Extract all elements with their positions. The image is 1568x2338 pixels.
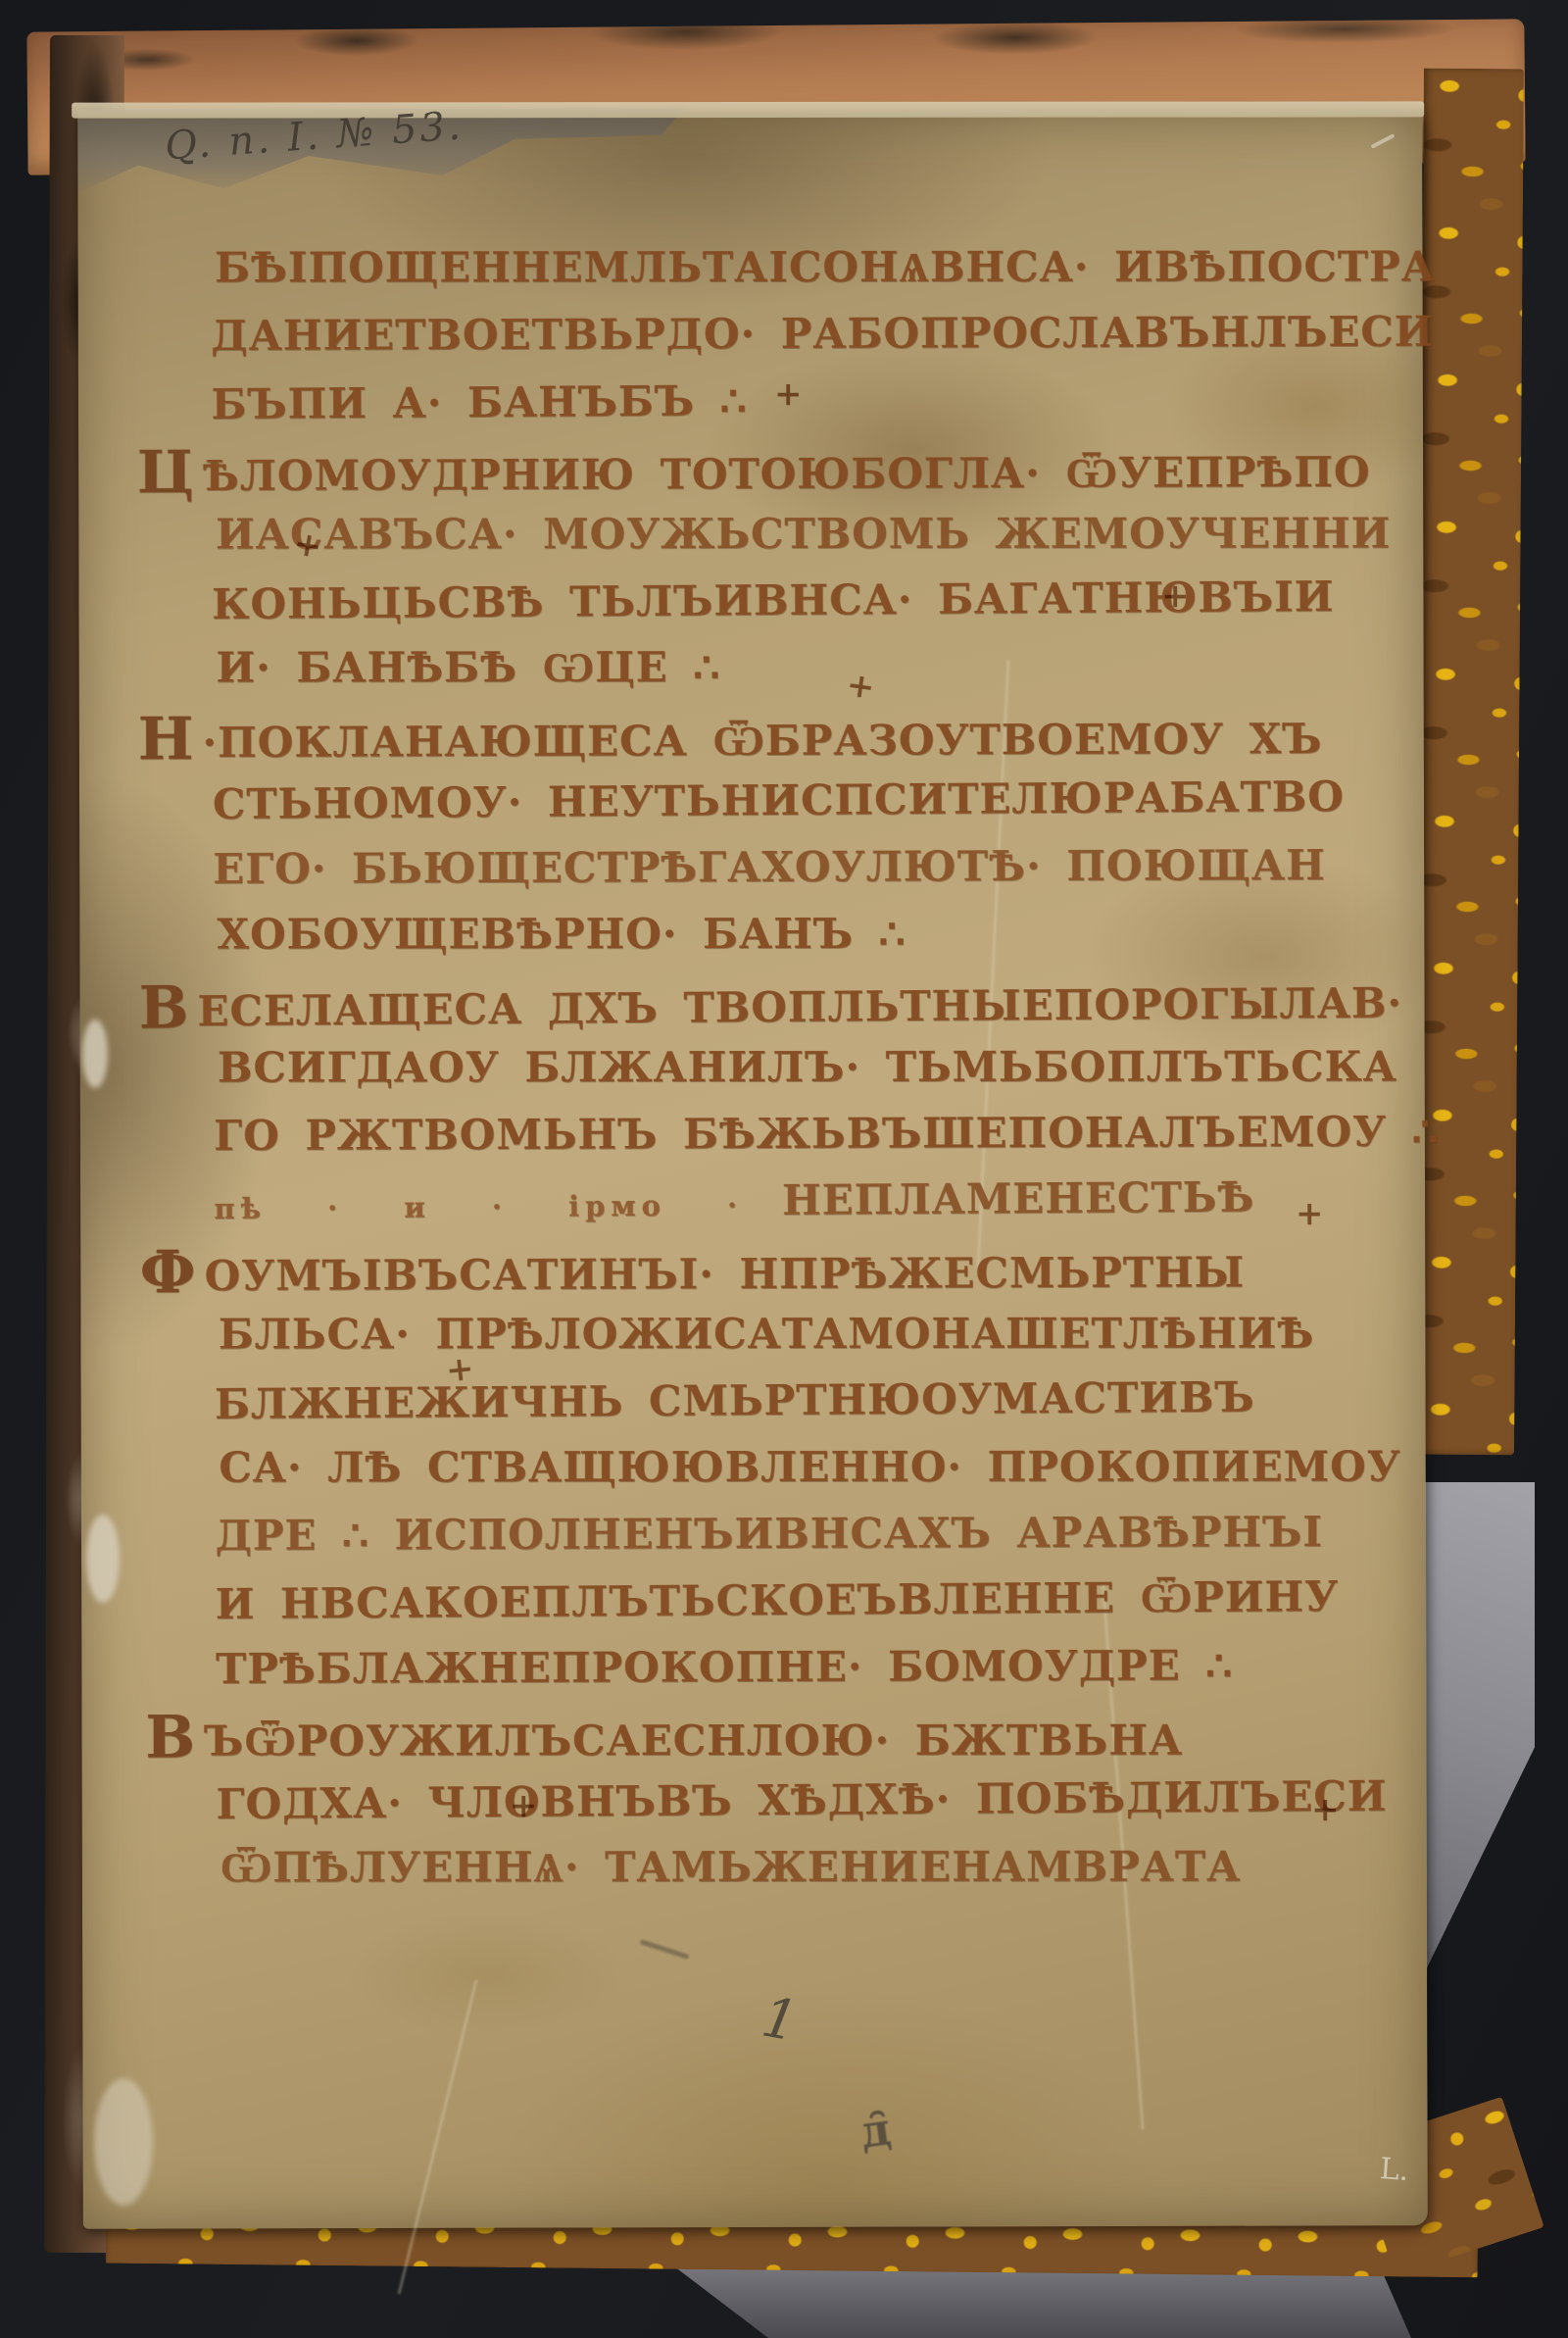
line-initial: В (139, 982, 190, 1033)
ms-line-8: Н·ПОКЛАНАЮЩЕСА ѾБРАЗОУТВОЕМОУ ХЪ (138, 708, 1402, 779)
line-text: И НВСАКОЕПЛЪТЬСКОЕЪВЛЕННЕ ѾРИНУ (216, 1572, 1340, 1628)
corner-mark: L. (1379, 2152, 1410, 2188)
ms-line-24: ГОДХА· ЧЛОВНЪВЪ ХѢДХѢ· ПОБѢДИЛЪЕСИ (141, 1771, 1405, 1847)
ms-line-11: ХОБОУЩЕВѢРНО· БАНЪ ∴ (142, 909, 1406, 976)
line-text: СА· ЛѢ СТВАЩЮЮВЛЕННО· ПРОКОПИЕМОУ (219, 1442, 1400, 1491)
line-text: ЕГО· БЬЮЩЕСТРѢГАХОУЛЮТѢ· ПОЮЩАН (213, 841, 1326, 893)
line-text: БЛЖНЕЖИЧНЬ СМЬРТНЮОУМАСТИВЪ (215, 1373, 1255, 1428)
scribal-cross-mark: + (1311, 1790, 1340, 1829)
line-text: ѾПѢЛУЕННѦ· ТАМЬЖЕНИЕНАМВРАТА (220, 1843, 1242, 1892)
parchment-damage-patch (82, 1020, 108, 1088)
line-text: ЪѾРОУЖИЛЪСАЕСНЛОЮ· БЖТВЬНА (204, 1716, 1183, 1766)
ms-line-7: И· БАНѢБѢ ѠЦЕ ∴ (142, 642, 1406, 710)
line-text: ВСИГДАОУ БЛЖАНИЛЪ· ТЬМЬБОПЛЪТЬСКА (218, 1042, 1397, 1091)
line-initial: Н (138, 714, 195, 765)
line-text: ТРѢБЛАЖНЕПРОКОПНЕ· БОМОУДРЕ ∴ (216, 1641, 1233, 1693)
line-text: ДРЕ ∴ ИСПОЛНЕНЪИВНСАХЪ АРАВѢРНЪІ (216, 1508, 1324, 1560)
ms-line-22: ТРѢБЛАЖНЕПРОКОПНЕ· БОМОУДРЕ ∴ (141, 1641, 1405, 1713)
line-text: БЛЬСА· ПРѢЛОЖИСАТАМОНАШЕТЛѢНИѢ (219, 1310, 1314, 1359)
parchment-damage-patch (94, 2078, 153, 2206)
cradle-wedge-bottom (627, 2266, 1411, 2338)
ms-line-14: ГО РЖТВОМЬНЪ БѢЖЬВЪШЕПОНАЛЪЕМОУ ∴ (139, 1108, 1403, 1179)
ms-line-2: ДАНИЕТВОЕТВЬРДО· РАБОПРОСЛАВЪНЛЪЕСИ (136, 308, 1400, 379)
ms-line-23: ВЪѾРОУЖИЛЪСАЕСНЛОЮ· БЖТВЬНА (145, 1709, 1409, 1776)
line-initial: Ф (140, 1247, 197, 1298)
ms-line-12: ВЕСЕЛАЩЕСА ДХЪ ТВОПЛЬТНЫЕПОРОГЫЛАВ· (139, 971, 1403, 1047)
scribal-cross-mark: + (1161, 576, 1190, 616)
line-text: ДАНИЕТВОЕТВЬРДО· РАБОПРОСЛАВЪНЛЪЕСИ (211, 308, 1434, 360)
ms-line-10: ЕГО· БЬЮЩЕСТРѢГАХОУЛЮТѢ· ПОЮЩАН (138, 841, 1402, 913)
ms-line-17: БЛЬСА· ПРѢЛОЖИСАТАМОНАШЕТЛѢНИѢ (144, 1309, 1408, 1376)
line-text: ОУМЪІВЪСАТИНЪІ· НПРѢЖЕСМЬРТНЫ (205, 1248, 1246, 1300)
ms-line-3: БЪПИ А· БАНЪБЪ ∴ (136, 373, 1400, 448)
line-text: СТЬНОМОУ· НЕУТЬНИСПСИТЕЛЮРАБАТВО (213, 772, 1345, 828)
ms-line-9: СТЬНОМОУ· НЕУТЬНИСПСИТЕЛЮРАБАТВО (138, 771, 1402, 847)
line-text: ХОБОУЩЕВѢРНО· БАНЪ ∴ (217, 910, 906, 959)
ms-line-13: ВСИГДАОУ БЛЖАНИЛЪ· ТЬМЬБОПЛЪТЬСКА (143, 1042, 1407, 1110)
ms-line-15: пѣ · и · ірмо ·НЕПЛАМЕНЕСТЬѢ (139, 1171, 1403, 1247)
line-text: ·ПОКЛАНАЮЩЕСА ѾБРАЗОУТВОЕМОУ ХЪ (202, 715, 1322, 767)
ms-line-25: ѾПѢЛУЕННѦ· ТАМЬЖЕНИЕНАМВРАТА (146, 1842, 1410, 1910)
line-text: И· БАНѢБѢ ѠЦЕ ∴ (217, 643, 721, 691)
line-initial: Ц (137, 447, 195, 498)
ms-line-4: ЦѢЛОМОУДРНИЮ ТОТОЮБОГЛА· ѾУЕПРѢПО (137, 441, 1401, 513)
ms-line-5: ИАСАВЪСА· МОУЖЬСТВОМЬ ЖЕМОУЧЕННИ (141, 509, 1405, 576)
line-text: НЕПЛАМЕНЕСТЬѢ (782, 1173, 1255, 1224)
rubric-label: пѣ · и · ірмо · (214, 1188, 743, 1225)
line-text: ГОДХА· ЧЛОВНЪВЪ ХѢДХѢ· ПОБѢДИЛЪЕСИ (216, 1772, 1387, 1828)
ms-line-19: СА· ЛѢ СТВАЩЮЮВЛЕННО· ПРОКОПИЕМОУ (144, 1442, 1408, 1510)
manuscript-photo: Q. п. I. № 53. БѢІПОЩЕННЕМЛЬТАІСОНѦВНСА·… (0, 0, 1568, 2338)
scribal-cross-mark: + (510, 1786, 538, 1825)
ms-line-6: КОНЬЦЬСВѢ ТЬЛЪИВНСА· БАГАТНЮВЪІИ (137, 572, 1401, 648)
line-text: БѢІПОЩЕННЕМЛЬТАІСОНѦВНСА· ИВѢПОСТРА (215, 242, 1436, 291)
line-text: ЕСЕЛАЩЕСА ДХЪ ТВОПЛЬТНЫЕПОРОГЫЛАВ· (197, 979, 1402, 1036)
parchment-damage-patch (86, 1515, 120, 1603)
line-initial: В (145, 1713, 196, 1764)
ms-line-18: БЛЖНЕЖИЧНЬ СМЬРТНЮОУМАСТИВЪ (140, 1371, 1404, 1447)
scribal-cross-mark: + (444, 1349, 476, 1391)
line-text: ѢЛОМОУДРНИЮ ТОТОЮБОГЛА· ѾУЕПРѢПО (203, 448, 1371, 500)
ms-line-16: ФОУМЪІВЪСАТИНЪІ· НПРѢЖЕСМЬРТНЫ (140, 1241, 1404, 1313)
line-text: ГО РЖТВОМЬНЪ БѢЖЬВЪШЕПОНАЛЪЕМОУ ∴ (214, 1108, 1440, 1160)
scribal-cross-mark: + (774, 374, 803, 414)
ms-line-1: БѢІПОЩЕННЕМЛЬТАІСОНѦВНСА· ИВѢПОСТРА (140, 242, 1404, 310)
line-text: ИАСАВЪСА· МОУЖЬСТВОМЬ ЖЕМОУЧЕННИ (216, 509, 1391, 558)
ms-line-20: ДРЕ ∴ ИСПОЛНЕНЪИВНСАХЪ АРАВѢРНЪІ (141, 1508, 1405, 1579)
text-block: БѢІПОЩЕННЕМЛЬТАІСОНѦВНСА· ИВѢПОСТРАДАНИЕ… (136, 241, 1406, 1912)
scribal-cross-mark: + (1296, 1194, 1324, 1233)
line-text: БЪПИ А· БАНЪБЪ ∴ (211, 376, 747, 428)
scribal-cross-mark: + (844, 665, 877, 708)
ms-line-21: И НВСАКОЕПЛЪТЬСКОЕЪВЛЕННЕ ѾРИНУ (141, 1571, 1405, 1647)
